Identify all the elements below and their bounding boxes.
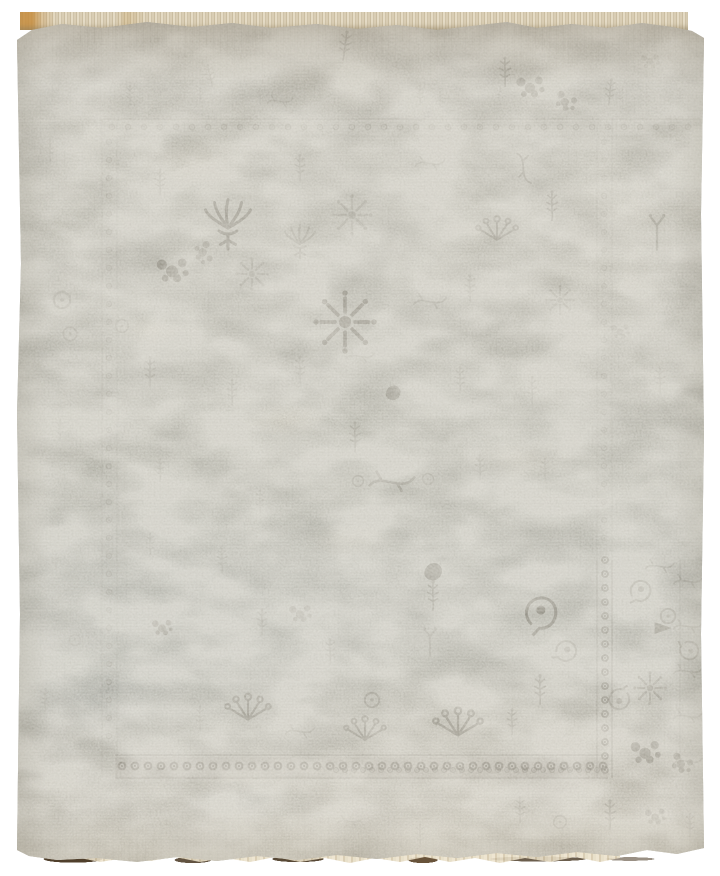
rug — [17, 14, 704, 864]
rug-photo — [0, 0, 720, 876]
rug-edge-shading — [17, 14, 704, 864]
